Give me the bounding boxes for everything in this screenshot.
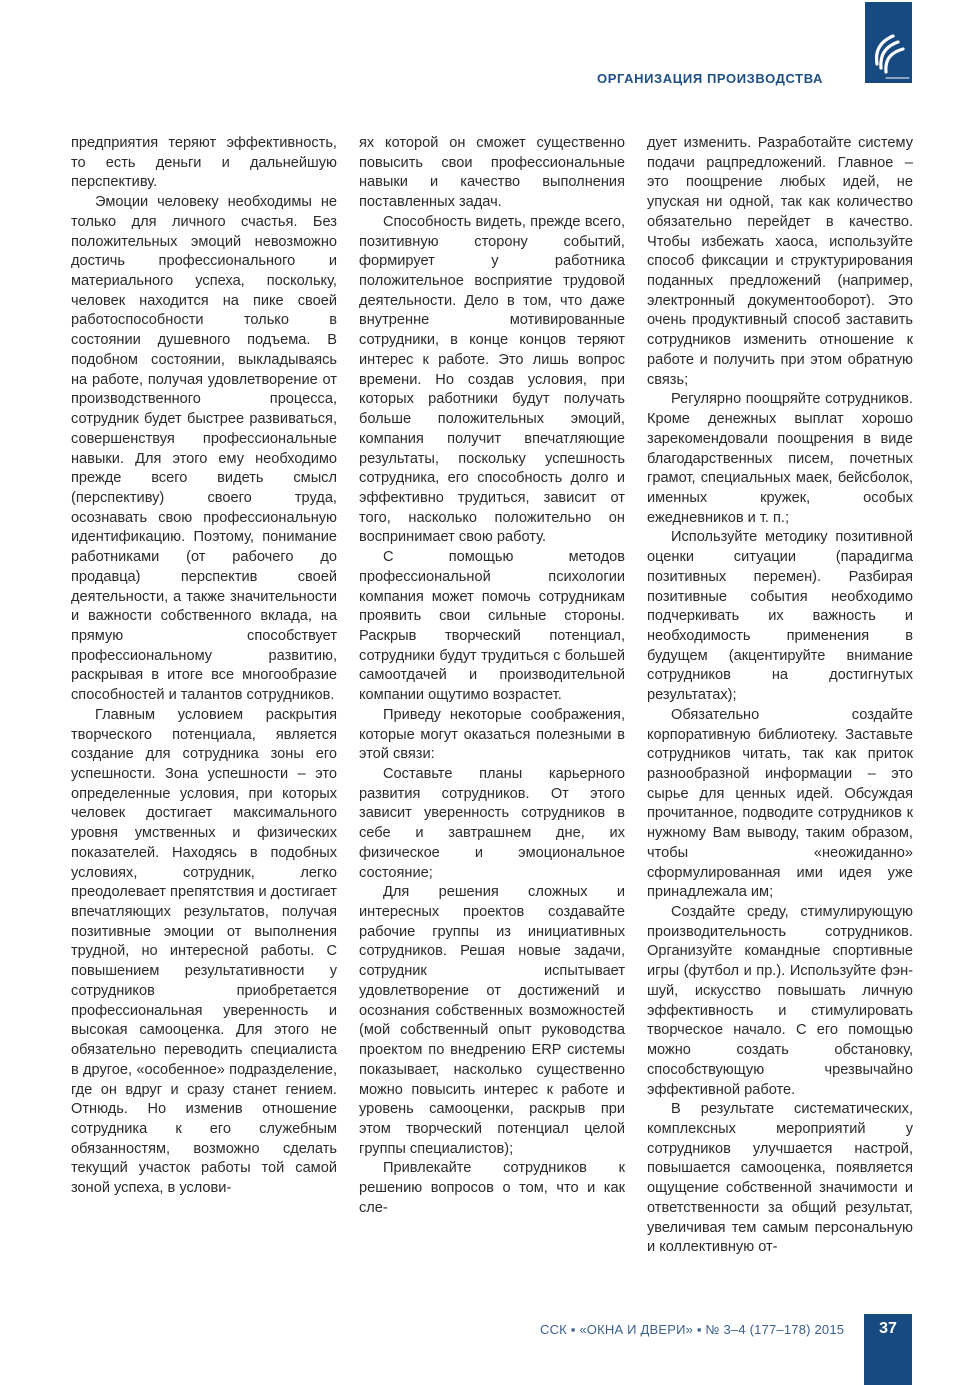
list-item: Для решения сложных и интересных проекто…: [359, 883, 625, 1159]
paragraph: Главным условием раскрытия творческого п…: [71, 706, 337, 1199]
page-number: 37: [864, 1320, 912, 1338]
article-column-1: предприятия теряют эффективность, то ест…: [71, 134, 337, 1199]
paragraph: Эмоции человеку необходимы не только для…: [71, 193, 337, 706]
article-column-3: дует изменить. Разработайте систему пода…: [647, 134, 913, 1258]
publication-footer: ССК ▪ «ОКНА И ДВЕРИ» ▪ № 3–4 (177–178) 2…: [540, 1322, 844, 1337]
paragraph: Приведу некоторые соображения, которые м…: [359, 706, 625, 765]
publisher-logo: [865, 2, 912, 83]
list-item: дует изменить. Разработайте систему пода…: [647, 134, 913, 390]
page-number-box: 37: [864, 1314, 912, 1385]
paragraph: ях которой он сможет существенно повысит…: [359, 134, 625, 213]
list-item: Используйте методику позитивной оценки с…: [647, 528, 913, 705]
paragraph: Способность видеть, прежде всего, позити…: [359, 213, 625, 548]
list-item: Составьте планы карьерного развития сотр…: [359, 765, 625, 883]
section-title: ОРГАНИЗАЦИЯ ПРОИЗВОДСТВА: [597, 71, 823, 86]
paragraph: предприятия теряют эффективность, то ест…: [71, 134, 337, 193]
list-item: Регулярно поощряйте сотрудников. Кроме д…: [647, 390, 913, 528]
list-item: Обязательно создайте корпоративную библи…: [647, 706, 913, 903]
list-item: Привлекайте сотрудников к решению вопрос…: [359, 1159, 625, 1218]
list-item: Создайте среду, стимулирующую производит…: [647, 903, 913, 1100]
article-column-2: ях которой он сможет существенно повысит…: [359, 134, 625, 1219]
paragraph: С помощью методов профессиональной психо…: [359, 548, 625, 706]
paragraph: В результате систематических, комплексны…: [647, 1100, 913, 1258]
wave-arcs-logo-icon: [865, 2, 912, 83]
